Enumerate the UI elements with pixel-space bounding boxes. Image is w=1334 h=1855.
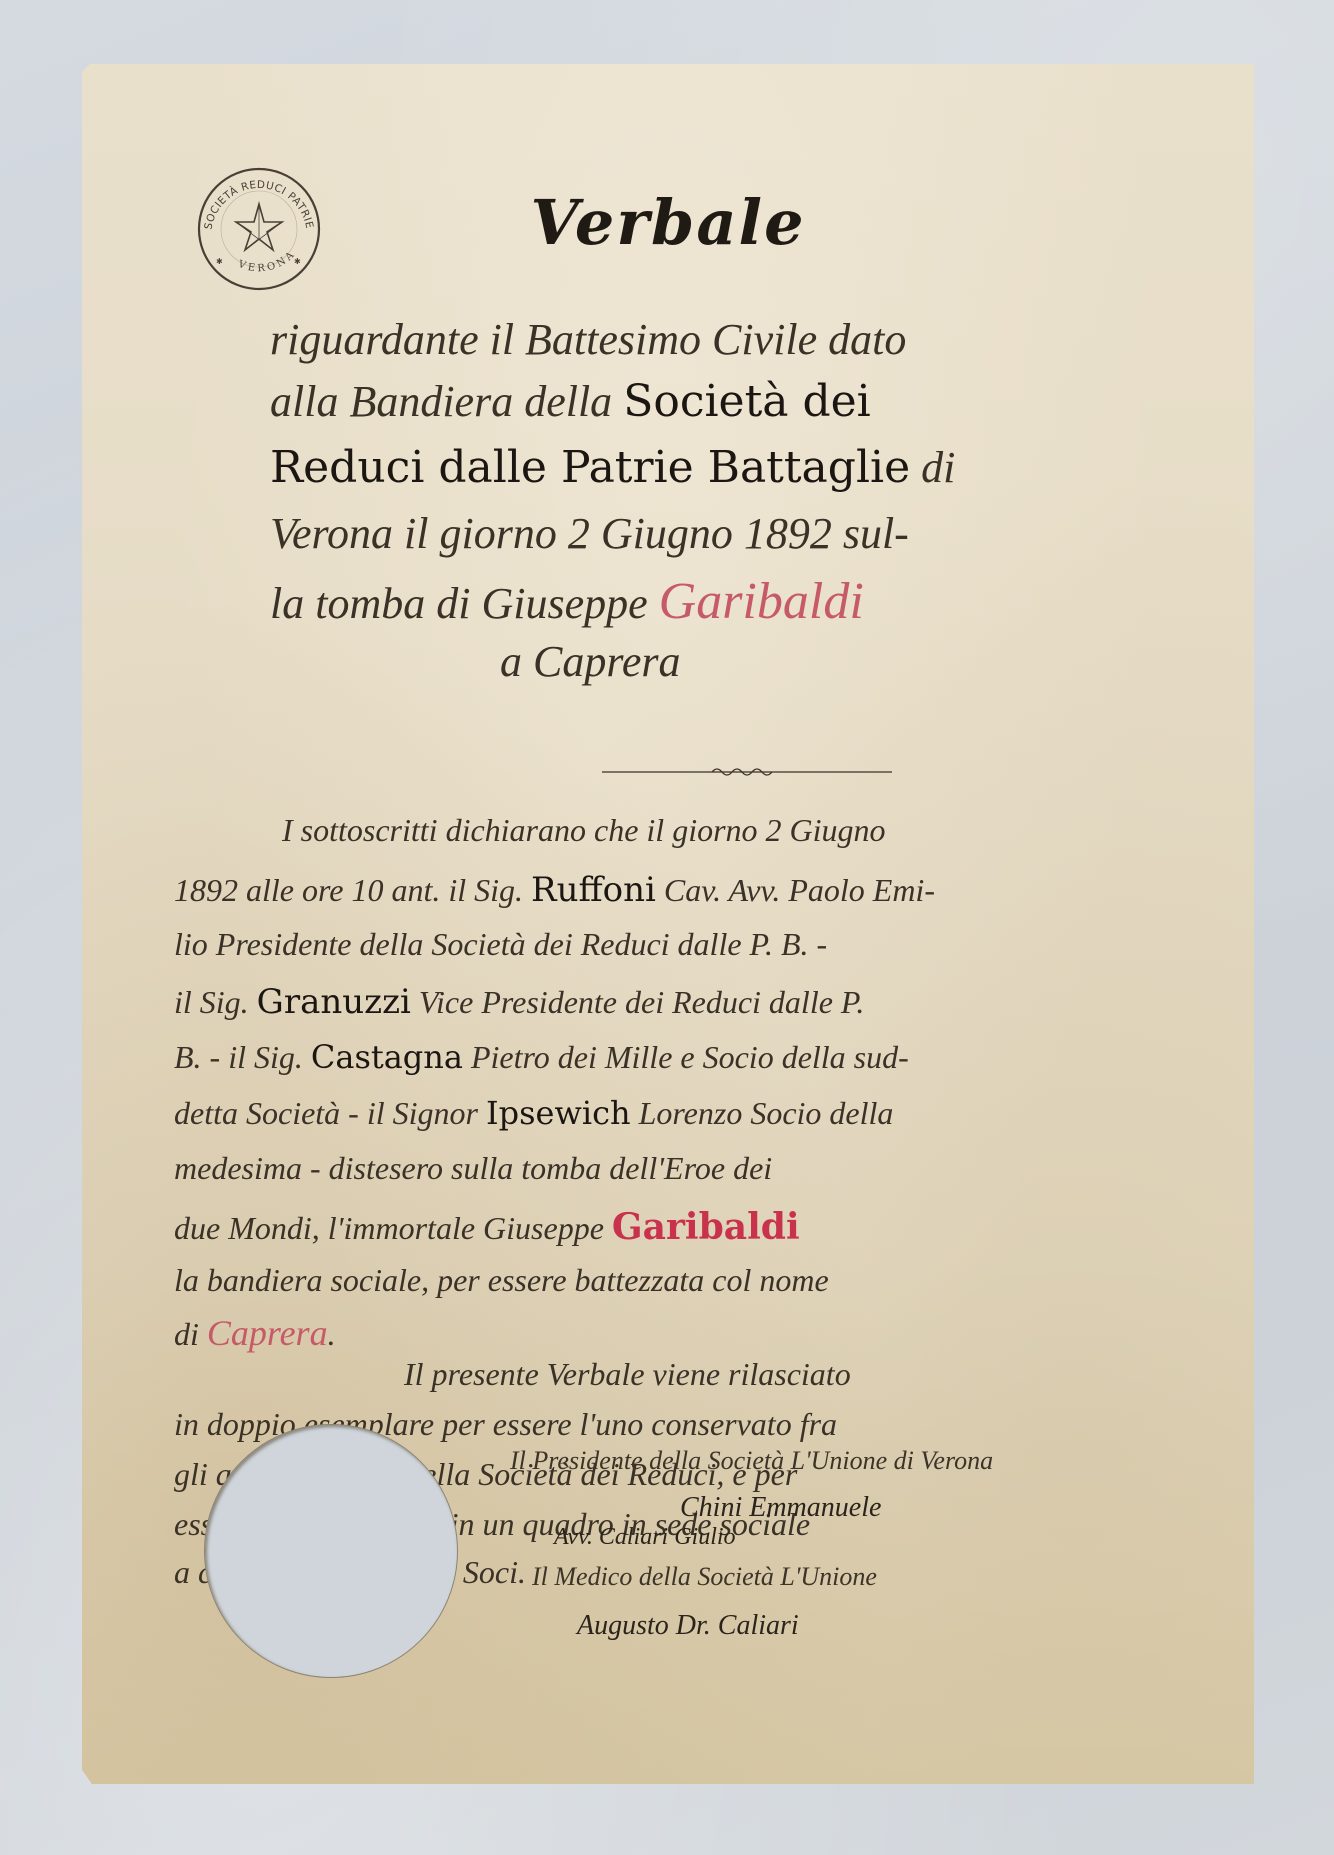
body-line-4: il Sig. Granuzzi Vice Presidente dei Red… <box>174 982 864 1022</box>
garibaldi-red-name: Garibaldi <box>659 573 864 630</box>
body-line-9: la bandiera sociale, per essere battezza… <box>174 1262 829 1299</box>
society-name-emphasis: Reduci dalle Patrie Battaglie <box>270 442 910 493</box>
second-signature: Avv. Caliari Giulio <box>554 1524 736 1551</box>
document-sheet: SOCIETÀ REDUCI PATRIE BATTAGLIE VERONA ✱… <box>82 64 1254 1784</box>
president-signature: Chini Emmanuele <box>680 1492 881 1524</box>
president-label: Il Presidente della Società L'Unione di … <box>510 1446 993 1476</box>
name-granuzzi: Granuzzi <box>257 982 411 1022</box>
heading-line-5: la tomba di Giuseppe Garibaldi <box>270 572 864 631</box>
body-line-5: B. - il Sig. Castagna Pietro dei Mille e… <box>174 1038 909 1076</box>
caprera-red-name: Caprera <box>207 1313 328 1353</box>
body-line-6: detta Società - il Signor Ipsewich Loren… <box>174 1094 893 1132</box>
body-line-2: 1892 alle ore 10 ant. il Sig. Ruffoni Ca… <box>174 870 935 910</box>
heading-line-6: a Caprera <box>500 636 681 687</box>
decorative-divider <box>602 764 892 778</box>
heading-line-4: Verona il giorno 2 Giugno 1892 sul- <box>270 508 909 559</box>
society-name-emphasis: Società dei <box>623 376 871 427</box>
heading-line-3: Reduci dalle Patrie Battaglie di <box>270 442 955 493</box>
doctor-label: Il Medico della Società L'Unione <box>532 1562 877 1592</box>
body-line-1: I sottoscritti dichiarano che il giorno … <box>282 812 886 849</box>
body-line-10: di Caprera. <box>174 1312 336 1354</box>
heading-line-1: riguardante il Battesimo Civile dato <box>270 314 906 365</box>
document-title: Verbale <box>82 186 1254 259</box>
body-line-11: Il presente Verbale viene rilasciato <box>404 1356 851 1393</box>
heading-line-2: alla Bandiera della Società dei <box>270 376 871 427</box>
body-line-8: due Mondi, l'immortale Giuseppe Garibald… <box>174 1206 800 1248</box>
doctor-signature: Augusto Dr. Caliari <box>577 1610 799 1642</box>
circular-cutout-hole <box>204 1424 458 1678</box>
body-line-3: lio Presidente della Società dei Reduci … <box>174 926 827 963</box>
name-castagna: Castagna <box>311 1038 463 1076</box>
name-ruffoni: Ruffoni <box>531 870 656 910</box>
name-ipsewich: Ipsewich <box>486 1094 631 1132</box>
garibaldi-red-bold-name: Garibaldi <box>612 1206 800 1248</box>
body-line-7: medesima - distesero sulla tomba dell'Er… <box>174 1150 772 1187</box>
